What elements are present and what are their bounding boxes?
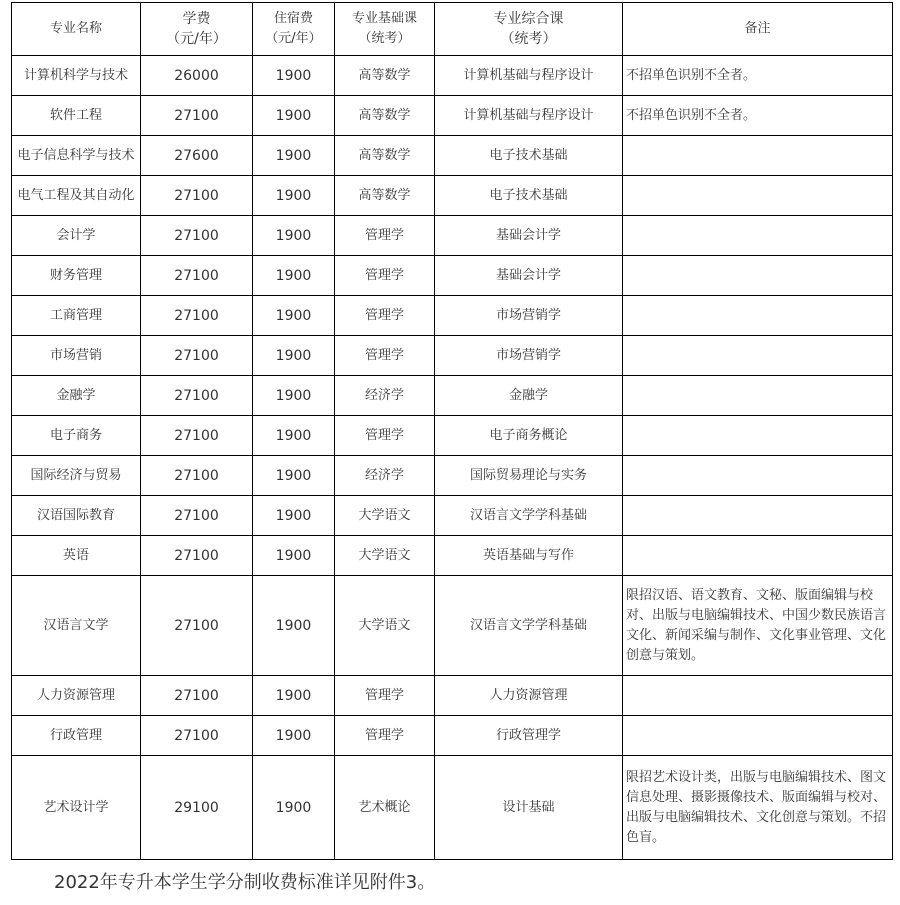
- cell-tuition: 27100: [141, 336, 253, 376]
- header-dorm-line1: 住宿费: [253, 9, 334, 29]
- cell-basic-course: 大学语文: [335, 576, 435, 676]
- table-row: 人力资源管理 27100 1900 管理学 人力资源管理: [12, 676, 893, 716]
- cell-major: 艺术设计学: [12, 756, 141, 860]
- cell-remarks: [623, 716, 893, 756]
- cell-comprehensive-course: 市场营销学: [435, 296, 623, 336]
- cell-tuition: 27100: [141, 176, 253, 216]
- cell-basic-course: 经济学: [335, 376, 435, 416]
- table-row: 电子商务 27100 1900 管理学 电子商务概论: [12, 416, 893, 456]
- table-row: 汉语言文学 27100 1900 大学语文 汉语言文学学科基础 限招汉语、语文教…: [12, 576, 893, 676]
- table-row: 工商管理 27100 1900 管理学 市场营销学: [12, 296, 893, 336]
- cell-comprehensive-course: 电子技术基础: [435, 136, 623, 176]
- cell-dorm: 1900: [253, 496, 335, 536]
- header-comprehensive-course-line1: 专业综合课: [435, 9, 622, 29]
- cell-remarks: [623, 456, 893, 496]
- cell-basic-course: 大学语文: [335, 536, 435, 576]
- cell-tuition: 27100: [141, 256, 253, 296]
- cell-tuition: 27100: [141, 496, 253, 536]
- header-tuition-line1: 学费: [141, 9, 252, 29]
- cell-basic-course: 高等数学: [335, 176, 435, 216]
- cell-remarks: [623, 376, 893, 416]
- cell-basic-course: 管理学: [335, 296, 435, 336]
- table-row: 艺术设计学 29100 1900 艺术概论 设计基础 限招艺术设计类，出版与电脑…: [12, 756, 893, 860]
- cell-major: 国际经济与贸易: [12, 456, 141, 496]
- cell-tuition: 27100: [141, 576, 253, 676]
- cell-major: 行政管理: [12, 716, 141, 756]
- table-row: 行政管理 27100 1900 管理学 行政管理学: [12, 716, 893, 756]
- header-remarks: 备注: [623, 3, 893, 56]
- cell-major: 汉语言文学: [12, 576, 141, 676]
- header-remarks-label: 备注: [744, 21, 770, 36]
- cell-dorm: 1900: [253, 136, 335, 176]
- table-row: 电气工程及其自动化 27100 1900 高等数学 电子技术基础: [12, 176, 893, 216]
- cell-remarks: [623, 136, 893, 176]
- cell-remarks: 限招汉语、语文教育、文秘、版面编辑与校对、出版与电脑编辑技术、中国少数民族语言文…: [623, 576, 893, 676]
- cell-dorm: 1900: [253, 216, 335, 256]
- cell-comprehensive-course: 计算机基础与程序设计: [435, 56, 623, 96]
- cell-remarks: [623, 336, 893, 376]
- cell-tuition: 27100: [141, 716, 253, 756]
- cell-tuition: 27100: [141, 296, 253, 336]
- cell-major: 软件工程: [12, 96, 141, 136]
- cell-major: 电气工程及其自动化: [12, 176, 141, 216]
- table-row: 市场营销 27100 1900 管理学 市场营销学: [12, 336, 893, 376]
- header-comprehensive-course-line2: （统考）: [435, 29, 622, 49]
- cell-major: 人力资源管理: [12, 676, 141, 716]
- cell-major: 英语: [12, 536, 141, 576]
- cell-comprehensive-course: 金融学: [435, 376, 623, 416]
- cell-remarks: [623, 676, 893, 716]
- cell-basic-course: 大学语文: [335, 496, 435, 536]
- cell-remarks: 不招单色识别不全者。: [623, 56, 893, 96]
- footnote-text: 2022年专升本学生学分制收费标准详见附件3。: [54, 868, 435, 894]
- cell-tuition: 27600: [141, 136, 253, 176]
- cell-tuition: 27100: [141, 536, 253, 576]
- cell-basic-course: 管理学: [335, 336, 435, 376]
- cell-comprehensive-course: 汉语言文学学科基础: [435, 576, 623, 676]
- cell-remarks: 不招单色识别不全者。: [623, 96, 893, 136]
- table-row: 汉语国际教育 27100 1900 大学语文 汉语言文学学科基础: [12, 496, 893, 536]
- cell-basic-course: 管理学: [335, 416, 435, 456]
- cell-dorm: 1900: [253, 536, 335, 576]
- cell-tuition: 27100: [141, 416, 253, 456]
- cell-basic-course: 高等数学: [335, 136, 435, 176]
- cell-dorm: 1900: [253, 96, 335, 136]
- cell-remarks: [623, 216, 893, 256]
- table-row: 软件工程 27100 1900 高等数学 计算机基础与程序设计 不招单色识别不全…: [12, 96, 893, 136]
- cell-dorm: 1900: [253, 296, 335, 336]
- cell-major: 电子信息科学与技术: [12, 136, 141, 176]
- cell-basic-course: 管理学: [335, 676, 435, 716]
- cell-tuition: 27100: [141, 376, 253, 416]
- table-header-row: 专业名称 学费 （元/年） 住宿费 （元/年） 专业基础课 （统考） 专业综合课…: [12, 3, 893, 56]
- cell-basic-course: 管理学: [335, 256, 435, 296]
- cell-dorm: 1900: [253, 376, 335, 416]
- cell-remarks: [623, 256, 893, 296]
- header-basic-course-line1: 专业基础课: [335, 9, 434, 29]
- cell-major: 电子商务: [12, 416, 141, 456]
- cell-major: 计算机科学与技术: [12, 56, 141, 96]
- cell-major: 市场营销: [12, 336, 141, 376]
- cell-comprehensive-course: 人力资源管理: [435, 676, 623, 716]
- cell-dorm: 1900: [253, 576, 335, 676]
- header-dorm-line2: （元/年）: [253, 29, 334, 49]
- cell-tuition: 27100: [141, 676, 253, 716]
- cell-comprehensive-course: 国际贸易理论与实务: [435, 456, 623, 496]
- table-row: 会计学 27100 1900 管理学 基础会计学: [12, 216, 893, 256]
- cell-comprehensive-course: 基础会计学: [435, 256, 623, 296]
- cell-comprehensive-course: 汉语言文学学科基础: [435, 496, 623, 536]
- cell-tuition: 27100: [141, 456, 253, 496]
- cell-basic-course: 高等数学: [335, 96, 435, 136]
- header-major: 专业名称: [12, 3, 141, 56]
- cell-basic-course: 高等数学: [335, 56, 435, 96]
- cell-comprehensive-course: 电子技术基础: [435, 176, 623, 216]
- table-row: 英语 27100 1900 大学语文 英语基础与写作: [12, 536, 893, 576]
- cell-comprehensive-course: 基础会计学: [435, 216, 623, 256]
- cell-major: 金融学: [12, 376, 141, 416]
- cell-basic-course: 管理学: [335, 216, 435, 256]
- cell-dorm: 1900: [253, 676, 335, 716]
- header-tuition-line2: （元/年）: [141, 29, 252, 49]
- cell-comprehensive-course: 设计基础: [435, 756, 623, 860]
- cell-tuition: 26000: [141, 56, 253, 96]
- fee-schedule-table: 专业名称 学费 （元/年） 住宿费 （元/年） 专业基础课 （统考） 专业综合课…: [11, 2, 893, 860]
- header-major-label: 专业名称: [50, 21, 102, 36]
- cell-dorm: 1900: [253, 176, 335, 216]
- cell-dorm: 1900: [253, 756, 335, 860]
- cell-tuition: 27100: [141, 96, 253, 136]
- cell-remarks: [623, 496, 893, 536]
- table-row: 国际经济与贸易 27100 1900 经济学 国际贸易理论与实务: [12, 456, 893, 496]
- cell-comprehensive-course: 行政管理学: [435, 716, 623, 756]
- table-row: 财务管理 27100 1900 管理学 基础会计学: [12, 256, 893, 296]
- table-row: 电子信息科学与技术 27600 1900 高等数学 电子技术基础: [12, 136, 893, 176]
- header-basic-course: 专业基础课 （统考）: [335, 3, 435, 56]
- header-dorm: 住宿费 （元/年）: [253, 3, 335, 56]
- cell-comprehensive-course: 市场营销学: [435, 336, 623, 376]
- cell-major: 会计学: [12, 216, 141, 256]
- cell-comprehensive-course: 电子商务概论: [435, 416, 623, 456]
- header-comprehensive-course: 专业综合课 （统考）: [435, 3, 623, 56]
- table-row: 金融学 27100 1900 经济学 金融学: [12, 376, 893, 416]
- cell-basic-course: 艺术概论: [335, 756, 435, 860]
- cell-remarks: [623, 536, 893, 576]
- cell-basic-course: 管理学: [335, 716, 435, 756]
- cell-remarks: [623, 416, 893, 456]
- cell-remarks: [623, 296, 893, 336]
- cell-remarks: 限招艺术设计类，出版与电脑编辑技术、图文信息处理、摄影摄像技术、版面编辑与校对、…: [623, 756, 893, 860]
- cell-dorm: 1900: [253, 416, 335, 456]
- cell-dorm: 1900: [253, 256, 335, 296]
- cell-tuition: 27100: [141, 216, 253, 256]
- table-row: 计算机科学与技术 26000 1900 高等数学 计算机基础与程序设计 不招单色…: [12, 56, 893, 96]
- cell-basic-course: 经济学: [335, 456, 435, 496]
- cell-major: 汉语国际教育: [12, 496, 141, 536]
- cell-tuition: 29100: [141, 756, 253, 860]
- cell-dorm: 1900: [253, 456, 335, 496]
- header-tuition: 学费 （元/年）: [141, 3, 253, 56]
- cell-major: 工商管理: [12, 296, 141, 336]
- cell-comprehensive-course: 英语基础与写作: [435, 536, 623, 576]
- header-basic-course-line2: （统考）: [335, 29, 434, 49]
- cell-dorm: 1900: [253, 56, 335, 96]
- cell-major: 财务管理: [12, 256, 141, 296]
- cell-comprehensive-course: 计算机基础与程序设计: [435, 96, 623, 136]
- cell-dorm: 1900: [253, 716, 335, 756]
- cell-remarks: [623, 176, 893, 216]
- cell-dorm: 1900: [253, 336, 335, 376]
